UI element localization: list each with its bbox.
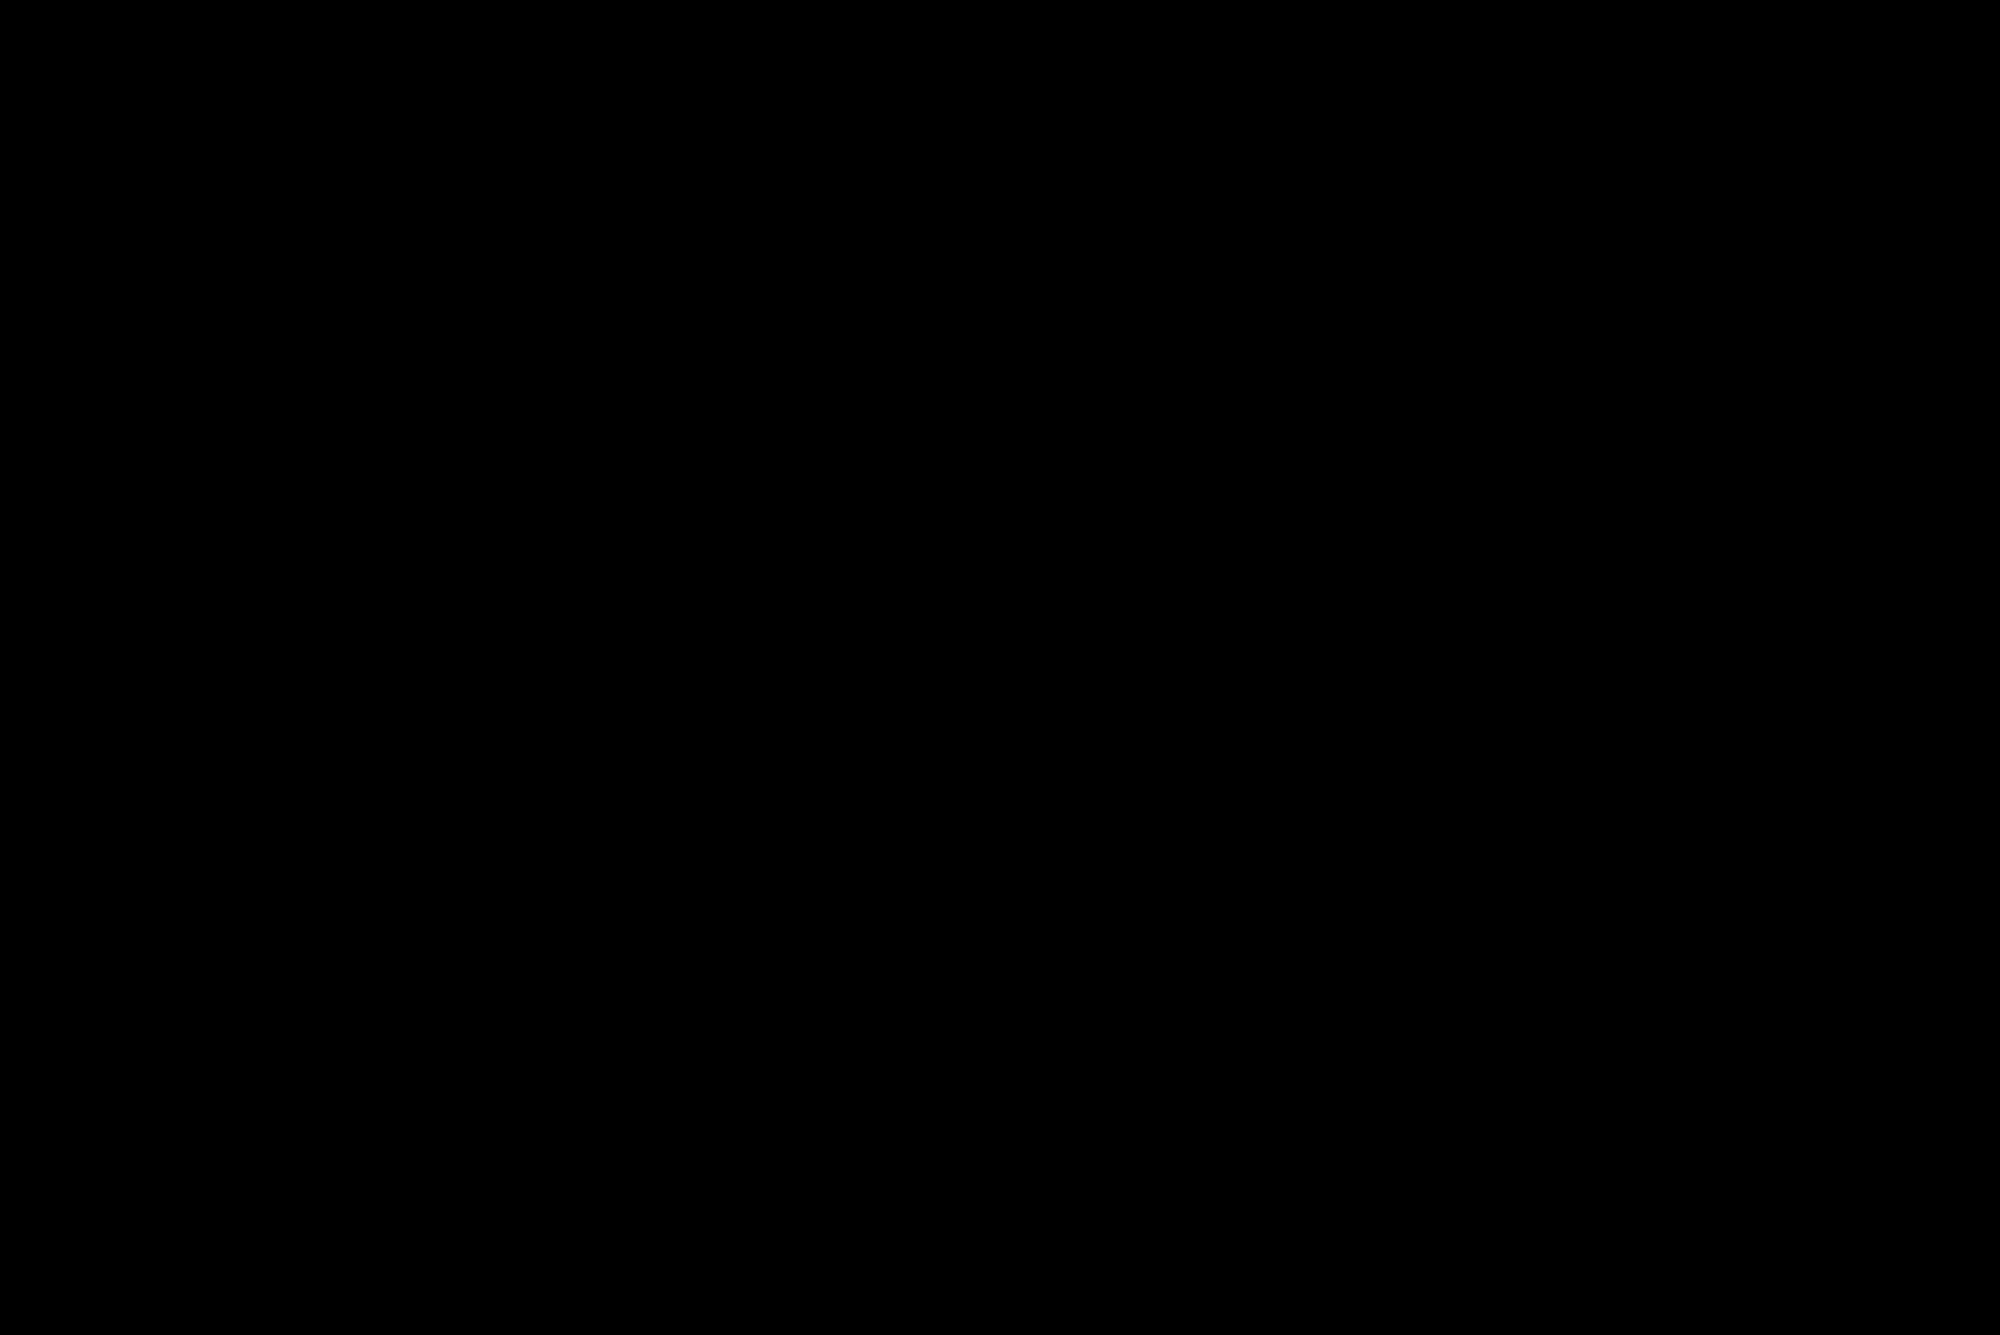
manuscript-photograph xyxy=(0,0,2000,1335)
manuscript-scan-stage xyxy=(0,0,2000,1335)
photo-backdrop xyxy=(0,0,2000,1335)
